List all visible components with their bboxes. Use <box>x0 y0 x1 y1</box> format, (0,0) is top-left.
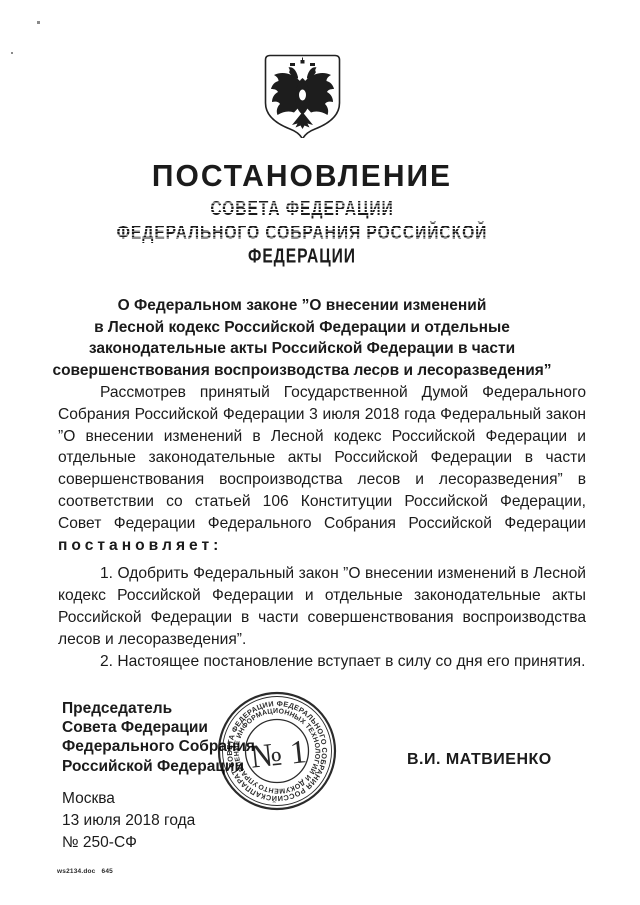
subject-line: законодательные акты Российской Федераци… <box>40 338 564 360</box>
document-title: ПОСТАНОВЛЕНИЕ <box>40 160 564 195</box>
letterhead-line-2: ФЕДЕРАЛЬНОГО СОБРАНИЯ РОССИЙСКОЙ ФЕДЕРАЦ… <box>61 221 543 268</box>
subject-heading: О Федеральном законе ”О внесении изменен… <box>40 295 564 381</box>
issued-number: № 250-СФ <box>62 832 195 854</box>
subject-line: О Федеральном законе ”О внесении изменен… <box>40 295 564 317</box>
russian-coat-of-arms-icon <box>264 54 341 138</box>
issued-block: Москва 13 июля 2018 года № 250-СФ <box>62 788 195 853</box>
preamble-text: Рассмотрев принятый Государственной Думо… <box>58 384 586 532</box>
subject-line: совершенствования воспроизводства лесов … <box>40 360 564 382</box>
subject-line: в Лесной кодекс Российской Федерации и о… <box>40 317 564 339</box>
paragraph-preamble: Рассмотрев принятый Государственной Думо… <box>58 382 586 556</box>
decree-body: Рассмотрев принятый Государственной Думо… <box>58 382 586 672</box>
stamp-number: № 1 <box>249 734 309 776</box>
registration-stamp: АППАРАТ СОВЕТА ФЕДЕРАЦИИ ФЕДЕРАЛЬНОГО СО… <box>215 689 339 813</box>
scan-speck <box>11 52 13 54</box>
paragraph-item-2: 2. Настоящее постановление вступает в си… <box>58 651 586 673</box>
issued-city: Москва <box>62 788 195 810</box>
letterhead-line-1: СОВЕТА ФЕДЕРАЦИИ <box>61 197 543 221</box>
resolves-keyword: постановляет: <box>58 537 222 554</box>
signatory-name: В.И. МАТВИЕНКО <box>407 751 552 769</box>
footer-file-note: ws2134.doc 645 <box>57 868 113 875</box>
scanned-decree-page: ПОСТАНОВЛЕНИЕ СОВЕТА ФЕДЕРАЦИИ ФЕДЕРАЛЬН… <box>0 0 640 905</box>
scan-speck <box>37 21 40 24</box>
paragraph-item-1: 1. Одобрить Федеральный закон ”О внесени… <box>58 563 586 650</box>
issued-date: 13 июля 2018 года <box>62 810 195 832</box>
